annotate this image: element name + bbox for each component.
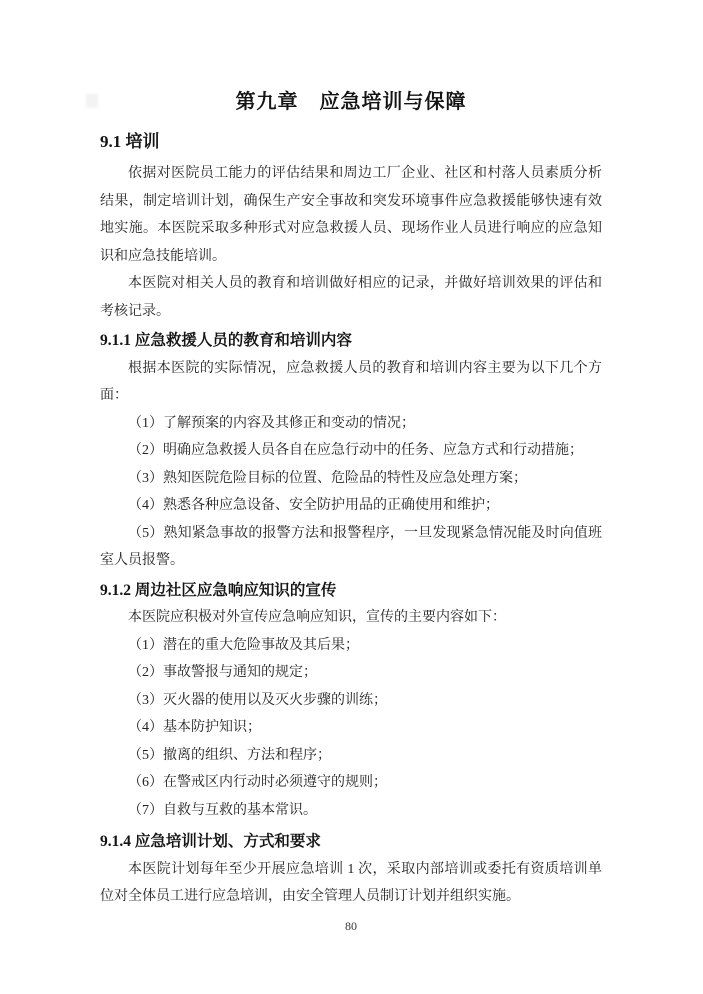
document-page: 第九章 应急培训与保障 9.1 培训 依据对医院员工能力的评估结果和周边工厂企业…	[0, 0, 703, 994]
list-item: （7）自救与互救的基本常识。	[100, 797, 602, 825]
list-item: （1）了解预案的内容及其修正和变动的情况；	[100, 410, 602, 438]
list-item: （3）灭火器的使用以及灭火步骤的训练；	[100, 687, 602, 715]
paragraph: 本医院对相关人员的教育和培训做好相应的记录，并做好培训效果的评估和考核记录。	[100, 270, 602, 325]
page-content: 第九章 应急培训与保障 9.1 培训 依据对医院员工能力的评估结果和周边工厂企业…	[100, 0, 602, 933]
section-heading-9-1-1: 9.1.1 应急救援人员的教育和培训内容	[100, 327, 602, 355]
list-item: （4）熟悉各种应急设备、安全防护用品的正确使用和维护；	[100, 492, 602, 520]
section-heading-9-1: 9.1 培训	[100, 130, 602, 154]
chapter-title: 第九章 应急培训与保障	[100, 88, 602, 116]
list-item: （5）撤离的组织、方法和程序；	[100, 742, 602, 770]
list-item: （1）潜在的重大危险事故及其后果；	[100, 632, 602, 660]
list-item: （2）明确应急救援人员各自在应急行动中的任务、应急方式和行动措施；	[100, 437, 602, 465]
list-item: （3）熟知医院危险目标的位置、危险品的特性及应急处理方案；	[100, 465, 602, 493]
list-item: （6）在警戒区内行动时必须遵守的规则；	[100, 769, 602, 797]
list-item: （5）熟知紧急事故的报警方法和报警程序，一旦发现紧急情况能及时向值班室人员报警。	[100, 520, 602, 575]
section-heading-9-1-2: 9.1.2 周边社区应急响应知识的宣传	[100, 577, 602, 605]
list-item: （4）基本防护知识；	[100, 714, 602, 742]
paragraph: 本医院应积极对外宣传应急响应知识，宣传的主要内容如下：	[100, 604, 602, 632]
page-number: 80	[100, 911, 602, 933]
paragraph: 本医院计划每年至少开展应急培训 1 次，采取内部培训或委托有资质培训单位对全体员…	[100, 856, 602, 911]
section-heading-9-1-4: 9.1.4 应急培训计划、方式和要求	[100, 828, 602, 856]
paragraph: 依据对医院员工能力的评估结果和周边工厂企业、社区和村落人员素质分析结果，制定培训…	[100, 160, 602, 270]
list-item: （2）事故警报与通知的规定；	[100, 659, 602, 687]
paragraph: 根据本医院的实际情况，应急救援人员的教育和培训内容主要为以下几个方面：	[100, 355, 602, 410]
scan-artifact	[86, 94, 98, 108]
